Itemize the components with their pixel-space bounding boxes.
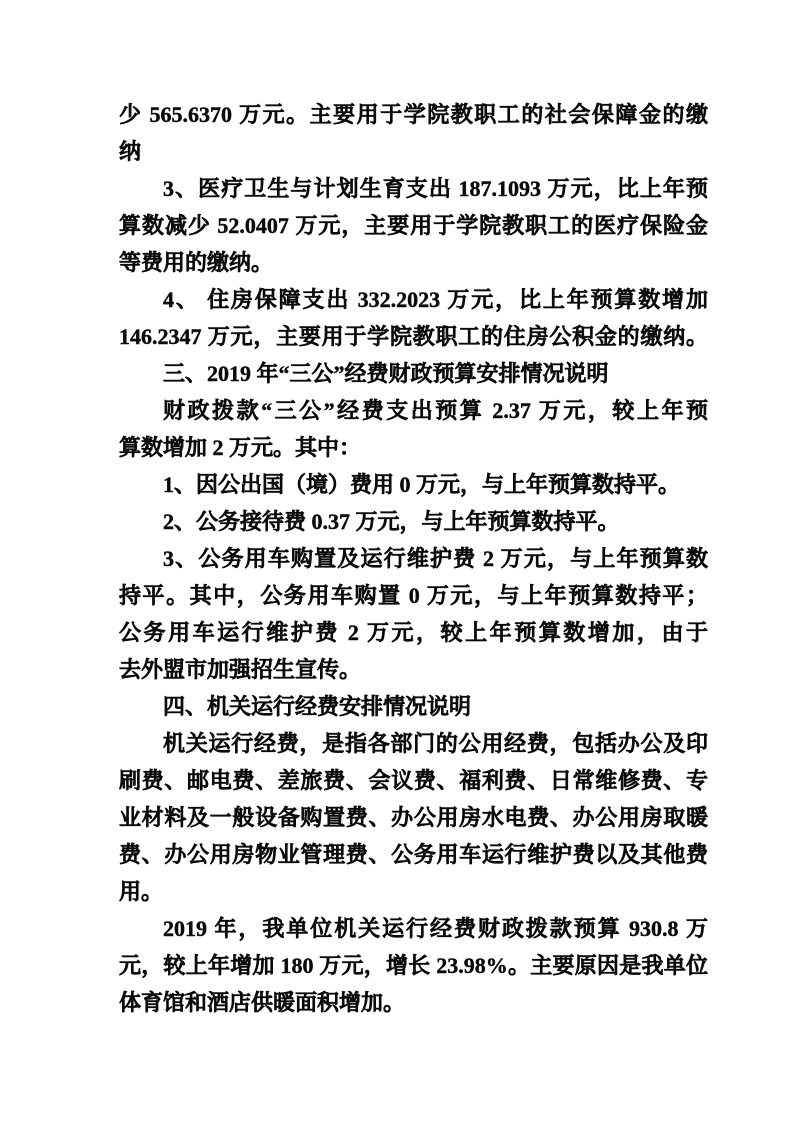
text-line: 持平。其中，公务用车购置 0 万元，与上年预算数持平；: [119, 577, 708, 614]
text-line: 纳: [119, 133, 708, 170]
paragraph-overseas-travel-expense: 1、因公出国（境）费用 0 万元，与上年预算数持平。: [119, 466, 708, 503]
text-line: 算数增加 2 万元。其中：: [119, 429, 708, 466]
text-line: 机关运行经费，是指各部门的公用经费，包括办公及印: [119, 725, 708, 762]
text-line: 2019 年，我单位机关运行经费财政拨款预算 930.8 万: [119, 910, 708, 947]
text-line: 用。: [119, 873, 708, 910]
paragraph-social-security-continuation: 少 565.6370 万元。主要用于学院教职工的社会保障金的缴 纳: [119, 96, 708, 170]
paragraph-2019-operating-funds-budget: 2019 年，我单位机关运行经费财政拨款预算 930.8 万 元，较上年增加 1…: [119, 910, 708, 1021]
text-line: 2、公务接待费 0.37 万元，与上年预算数持平。: [119, 503, 708, 540]
text-line: 公务用车运行维护费 2 万元，较上年预算数增加，由于: [119, 614, 708, 651]
section-heading: 四、机关运行经费安排情况说明: [119, 688, 708, 725]
text-line: 1、因公出国（境）费用 0 万元，与上年预算数持平。: [119, 466, 708, 503]
paragraph-operating-funds-definition: 机关运行经费，是指各部门的公用经费，包括办公及印 刷费、邮电费、差旅费、会议费、…: [119, 725, 708, 910]
text-line: 146.2347 万元，主要用于学院教职工的住房公积金的缴纳。: [119, 318, 708, 355]
document-body-text: 少 565.6370 万元。主要用于学院教职工的社会保障金的缴 纳 3、医疗卫生…: [119, 96, 708, 1021]
text-line: 少 565.6370 万元。主要用于学院教职工的社会保障金的缴: [119, 96, 708, 133]
heading-section-three-sangong-budget: 三、2019 年“三公”经费财政预算安排情况说明: [119, 355, 708, 392]
text-line: 去外盟市加强招生宣传。: [119, 651, 708, 688]
text-line: 体育馆和酒店供暖面积增加。: [119, 984, 708, 1021]
text-line: 等费用的缴纳。: [119, 244, 708, 281]
paragraph-official-vehicle-expense: 3、公务用车购置及运行维护费 2 万元，与上年预算数 持平。其中，公务用车购置 …: [119, 540, 708, 688]
text-line: 4、 住房保障支出 332.2023 万元，比上年预算数增加: [119, 281, 708, 318]
text-line: 算数减少 52.0407 万元，主要用于学院教职工的医疗保险金: [119, 207, 708, 244]
paragraph-medical-health-expenditure: 3、医疗卫生与计划生育支出 187.1093 万元，比上年预 算数减少 52.0…: [119, 170, 708, 281]
heading-section-four-operating-funds: 四、机关运行经费安排情况说明: [119, 688, 708, 725]
paragraph-official-reception-expense: 2、公务接待费 0.37 万元，与上年预算数持平。: [119, 503, 708, 540]
paragraph-sangong-budget-total: 财政拨款“三公”经费支出预算 2.37 万元，较上年预 算数增加 2 万元。其中…: [119, 392, 708, 466]
text-line: 3、医疗卫生与计划生育支出 187.1093 万元，比上年预: [119, 170, 708, 207]
text-line: 费、办公用房物业管理费、公务用车运行维护费以及其他费: [119, 836, 708, 873]
text-line: 刷费、邮电费、差旅费、会议费、福利费、日常维修费、专: [119, 762, 708, 799]
text-line: 财政拨款“三公”经费支出预算 2.37 万元，较上年预: [119, 392, 708, 429]
text-line: 元，较上年增加 180 万元，增长 23.98%。主要原因是我单位: [119, 947, 708, 984]
text-line: 3、公务用车购置及运行维护费 2 万元，与上年预算数: [119, 540, 708, 577]
section-heading: 三、2019 年“三公”经费财政预算安排情况说明: [119, 355, 708, 392]
paragraph-housing-security-expenditure: 4、 住房保障支出 332.2023 万元，比上年预算数增加 146.2347 …: [119, 281, 708, 355]
text-line: 业材料及一般设备购置费、办公用房水电费、办公用房取暖: [119, 799, 708, 836]
document-page: 少 565.6370 万元。主要用于学院教职工的社会保障金的缴 纳 3、医疗卫生…: [0, 0, 793, 1122]
